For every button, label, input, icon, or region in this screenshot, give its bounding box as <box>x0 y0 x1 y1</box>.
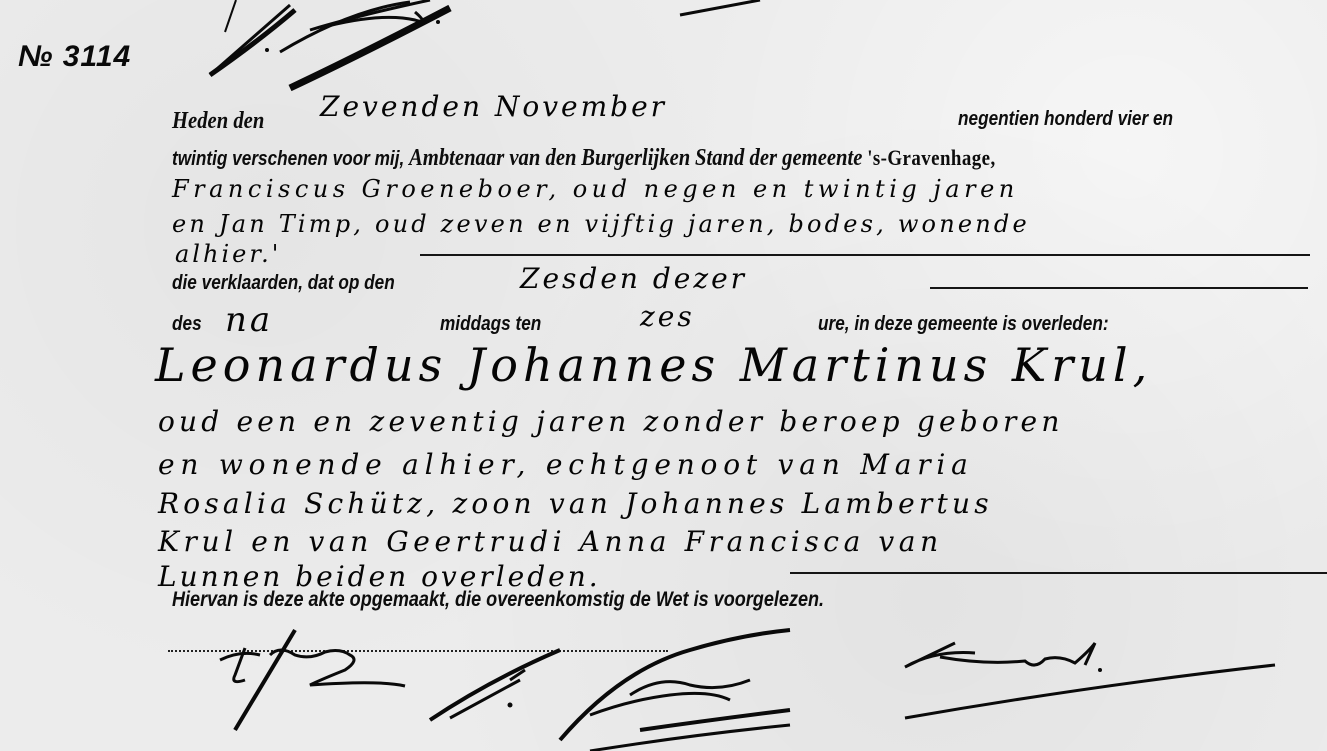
printed-text: Ambtenaar van den <box>409 145 576 171</box>
deceased-name: Leonardus Johannes Martinus Krul, <box>155 338 1152 392</box>
top-signature <box>200 0 900 95</box>
printed-line2: twintig verschenen voor mij, Ambtenaar v… <box>172 145 996 172</box>
printed-text: twintig verschenen voor mij, <box>172 148 404 170</box>
signature-registrar <box>895 635 1295 725</box>
printed-closing: Hiervan is deze akte opgemaakt, die over… <box>172 588 824 612</box>
printed-text: Heden den <box>172 108 264 134</box>
signature-groeneboer <box>200 630 400 730</box>
printed-text: Stand der gemeente <box>695 145 862 171</box>
printed-des: des <box>172 313 202 336</box>
handwritten-hour: zes <box>640 300 695 333</box>
witness-line-2: en Jan Timp, oud zeven en vijftig jaren,… <box>172 210 1030 238</box>
detail-line-1: oud een en zeventig jaren zonder beroep … <box>158 405 1064 438</box>
detail-line-2: en wonende alhier, echtgenoot van Maria <box>158 448 974 481</box>
printed-text: Burgerlijken <box>581 145 690 171</box>
printed-heden-den: Heden den <box>172 108 264 135</box>
detail-line-4: Krul en van Geertrudi Anna Francisca van <box>158 525 943 558</box>
signature-timp <box>390 620 790 751</box>
fill-line <box>420 254 1310 256</box>
detail-line-3: Rosalia Schütz, zoon van Johannes Lamber… <box>158 487 993 520</box>
witness-line-1: Franciscus Groeneboer, oud negen en twin… <box>172 175 1019 203</box>
printed-ure-overleden: ure, in deze gemeente is overleden: <box>818 313 1109 336</box>
fill-line <box>790 572 1327 574</box>
printed-die-verklaarden: die verklaarden, dat op den <box>172 272 395 295</box>
handwritten-death-day: Zesden dezer <box>520 262 747 295</box>
death-record-page: J. Timp № 3114 Heden den Zevenden Novemb… <box>0 0 1327 751</box>
handwritten-date: Zevenden November <box>320 90 667 123</box>
fill-line <box>930 287 1308 289</box>
printed-middags-ten: middags ten <box>440 313 541 336</box>
handwritten-part-of-day: na <box>225 300 273 340</box>
witness-line-3: alhier.' <box>175 240 281 268</box>
printed-year-part1: negentien honderd vier en <box>958 108 1173 131</box>
place-name: 's-Gravenhage, <box>867 145 995 170</box>
record-number: № 3114 <box>18 40 131 74</box>
